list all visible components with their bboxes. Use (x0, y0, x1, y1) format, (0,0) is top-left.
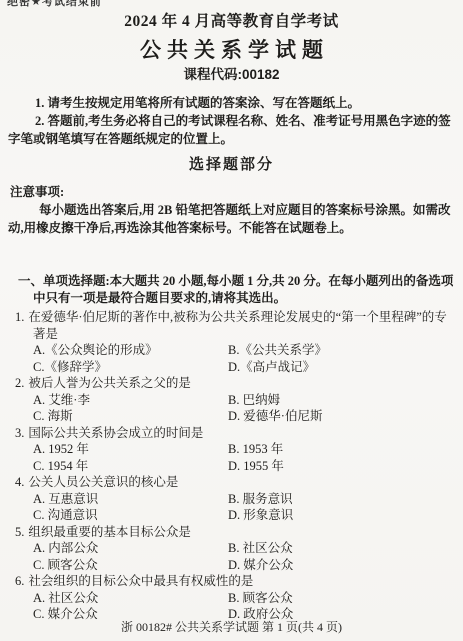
question-text: 1.在爱德华·伯尼斯的著作中,被称为公共关系理论发展史的“第一个里程碑”的专著是 (15, 309, 457, 342)
instruction-item-2: 2. 答题前,考生务必将自己的考试课程名称、姓名、准考证号用黑色字迹的签字笔或钢… (8, 112, 455, 148)
question-number: 3. (15, 426, 24, 440)
option-b: B. 顾客公众 (228, 590, 463, 607)
question-text: 4.公关人员公关意识的核心是 (15, 474, 457, 491)
option-a: A.《公众舆论的形成》 (33, 342, 228, 359)
options-grid: A. 互惠意识 B. 服务意识 C. 沟通意识 D. 形象意识 (33, 491, 463, 524)
notes-heading: 注意事项: (10, 183, 463, 201)
option-d: D. 媒介公众 (228, 557, 463, 574)
classification-banner: 绝密★考试结束前 (7, 0, 102, 11)
option-d: D. 爱德华·伯尼斯 (228, 408, 463, 425)
question-1: 1.在爱德华·伯尼斯的著作中,被称为公共关系理论发展史的“第一个里程碑”的专著是… (0, 309, 463, 375)
option-b: B. 1953 年 (228, 441, 463, 458)
question-number: 4. (15, 475, 24, 489)
option-c: C. 沟通意识 (33, 507, 228, 524)
question-number: 5. (15, 525, 24, 539)
question-stem: 社会组织的目标公众中最具有权威性的是 (28, 574, 253, 588)
question-stem: 公关人员公关意识的核心是 (28, 475, 178, 489)
option-a: A. 互惠意识 (33, 491, 228, 508)
question-stem: 被后人誉为公共关系之父的是 (28, 376, 191, 390)
option-c: C. 1954 年 (33, 458, 228, 475)
option-c: C. 海斯 (33, 408, 228, 425)
options-grid: A. 艾维·李 B. 巴纳姆 C. 海斯 D. 爱德华·伯尼斯 (33, 392, 463, 425)
section-heading: 一、单项选择题:本大题共 20 小题,每小题 1 分,共 20 分。在每小题列出… (18, 273, 457, 307)
question-text: 6.社会组织的目标公众中最具有权威性的是 (15, 573, 457, 590)
question-5: 5.组织最重要的基本目标公众是 A. 内部公众 B. 社区公众 C. 顾客公众 … (0, 524, 463, 574)
question-6: 6.社会组织的目标公众中最具有权威性的是 A. 社区公众 B. 顾客公众 C. … (0, 573, 463, 623)
exam-session-title: 2024 年 4 月高等教育自学考试 (0, 13, 463, 31)
question-stem: 在爱德华·伯尼斯的著作中,被称为公共关系理论发展史的“第一个里程碑”的专著是 (28, 310, 446, 341)
notes-body: 每小题选出答案后,用 2B 铅笔把答题纸上对应题目的答案标号涂黑。如需改动,用橡… (0, 201, 463, 237)
question-2: 2.被后人誉为公共关系之父的是 A. 艾维·李 B. 巴纳姆 C. 海斯 D. … (0, 375, 463, 425)
instructions-list: 1. 请考生按规定用笔将所有试题的答案涂、写在答题纸上。 2. 答题前,考生务必… (0, 94, 463, 148)
question-text: 5.组织最重要的基本目标公众是 (15, 524, 457, 541)
option-d: D. 1955 年 (228, 458, 463, 475)
question-stem: 国际公共关系协会成立的时间是 (28, 426, 203, 440)
option-c: C.《修辞学》 (33, 359, 228, 376)
exam-paper-page: 绝密★考试结束前 2024 年 4 月高等教育自学考试 公共关系学试题 课程代码… (0, 0, 463, 641)
course-code: 课程代码:00182 (0, 67, 463, 83)
option-d: D. 形象意识 (228, 507, 463, 524)
page-footer: 浙 00182# 公共关系学试题 第 1 页(共 4 页) (0, 620, 463, 634)
question-stem: 组织最重要的基本目标公众是 (28, 525, 191, 539)
options-grid: A. 社区公众 B. 顾客公众 C. 媒介公众 D. 政府公众 (33, 590, 463, 623)
option-b: B. 社区公众 (228, 540, 463, 557)
question-number: 2. (15, 376, 24, 390)
question-3: 3.国际公共关系协会成立的时间是 A. 1952 年 B. 1953 年 C. … (0, 425, 463, 475)
option-a: A. 内部公众 (33, 540, 228, 557)
options-grid: A.《公众舆论的形成》 B.《公共关系学》 C.《修辞学》 D.《高卢战记》 (33, 342, 463, 375)
questions-list: 1.在爱德华·伯尼斯的著作中,被称为公共关系理论发展史的“第一个里程碑”的专著是… (0, 309, 463, 623)
options-grid: A. 1952 年 B. 1953 年 C. 1954 年 D. 1955 年 (33, 441, 463, 474)
options-grid: A. 内部公众 B. 社区公众 C. 顾客公众 D. 媒介公众 (33, 540, 463, 573)
question-text: 3.国际公共关系协会成立的时间是 (15, 425, 457, 442)
paper-title: 公共关系学试题 (0, 38, 463, 63)
question-text: 2.被后人誉为公共关系之父的是 (15, 375, 457, 392)
option-a: A. 艾维·李 (33, 392, 228, 409)
option-a: A. 1952 年 (33, 441, 228, 458)
option-b: B. 服务意识 (228, 491, 463, 508)
option-a: A. 社区公众 (33, 590, 228, 607)
option-d: D.《高卢战记》 (228, 359, 463, 376)
instruction-item-1: 1. 请考生按规定用笔将所有试题的答案涂、写在答题纸上。 (8, 94, 455, 112)
option-c: C. 顾客公众 (33, 557, 228, 574)
part-heading: 选择题部分 (0, 156, 463, 174)
question-4: 4.公关人员公关意识的核心是 A. 互惠意识 B. 服务意识 C. 沟通意识 D… (0, 474, 463, 524)
option-b: B.《公共关系学》 (228, 342, 463, 359)
question-number: 6. (15, 574, 24, 588)
option-b: B. 巴纳姆 (228, 392, 463, 409)
question-number: 1. (15, 310, 24, 324)
